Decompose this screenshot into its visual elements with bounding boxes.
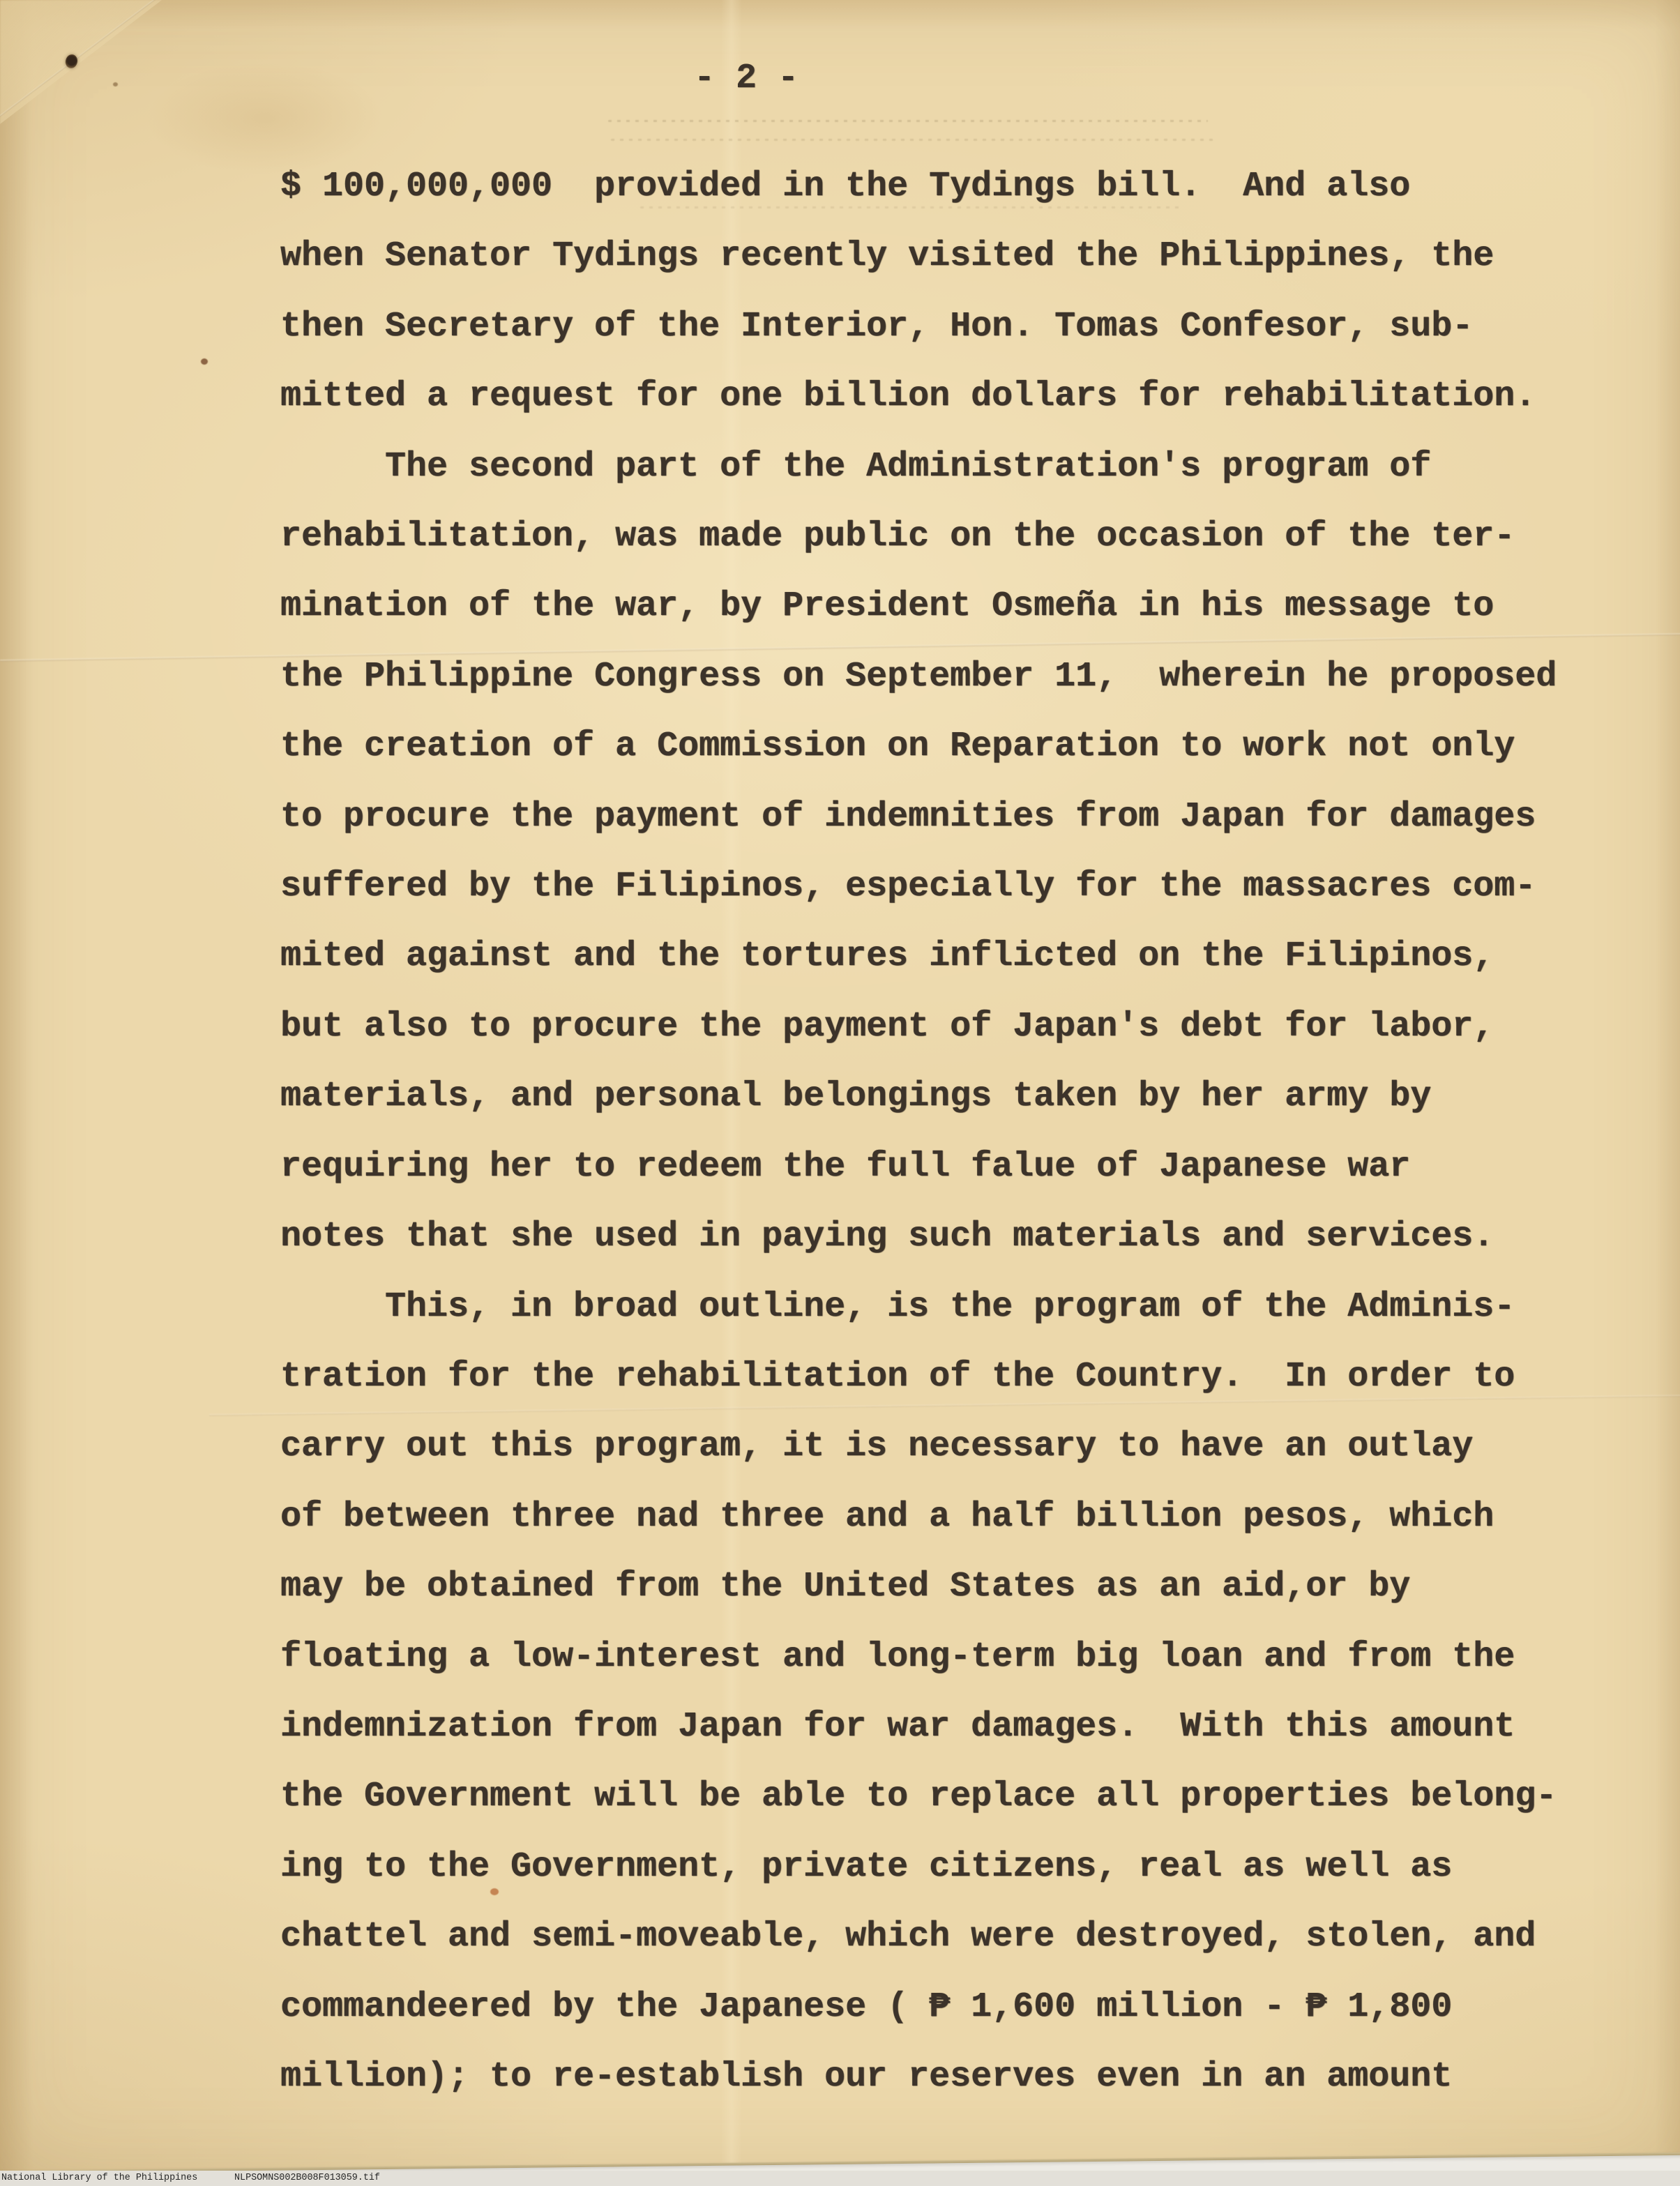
paper-sheet: - 2 - $ 100,000,000 provided in the Tydi… bbox=[0, 0, 1680, 2174]
text-line: mitted a request for one billion dollars… bbox=[280, 362, 1557, 432]
text-line: floating a low-interest and long-term bi… bbox=[280, 1623, 1557, 1692]
typewritten-text: $ 100,000,000 provided in the Tydings bi… bbox=[280, 152, 1557, 2112]
text-line: the Philippine Congress on September 11,… bbox=[280, 642, 1557, 712]
ink-speck bbox=[113, 82, 118, 86]
text-line: commandeered by the Japanese ( ₱ 1,600 m… bbox=[280, 1973, 1557, 2042]
text-line: million); to re-establish our reserves e… bbox=[280, 2042, 1557, 2112]
text-line: when Senator Tydings recently visited th… bbox=[280, 222, 1557, 291]
text-line: the creation of a Commission on Reparati… bbox=[280, 712, 1557, 782]
footer-institution-label: National Library of the Philippines bbox=[1, 2173, 197, 2184]
text-line: materials, and personal belongings taken… bbox=[280, 1062, 1557, 1132]
text-line: but also to procure the payment of Japan… bbox=[280, 992, 1557, 1062]
ink-smudge bbox=[608, 120, 1208, 122]
text-line: rehabilitation, was made public on the o… bbox=[280, 502, 1557, 572]
text-line: suffered by the Filipinos, especially fo… bbox=[280, 852, 1557, 922]
text-line: requiring her to redeem the full falue o… bbox=[280, 1132, 1557, 1202]
scanned-document-page: - 2 - $ 100,000,000 provided in the Tydi… bbox=[0, 0, 1680, 2186]
text-line: The second part of the Administration's … bbox=[280, 432, 1557, 502]
text-line: This, in broad outline, is the program o… bbox=[280, 1273, 1557, 1342]
text-line: tration for the rehabilitation of the Co… bbox=[280, 1342, 1557, 1412]
text-line: mination of the war, by President Osmeña… bbox=[280, 572, 1557, 642]
text-line: to procure the payment of indemnities fr… bbox=[280, 782, 1557, 852]
ink-smudge bbox=[611, 139, 1218, 141]
scan-footer-bar: National Library of the Philippines NLPS… bbox=[0, 2171, 1680, 2186]
text-line: then Secretary of the Interior, Hon. Tom… bbox=[280, 292, 1557, 362]
text-line: may be obtained from the United States a… bbox=[280, 1552, 1557, 1622]
text-line: notes that she used in paying such mater… bbox=[280, 1202, 1557, 1272]
text-line: indemnization from Japan for war damages… bbox=[280, 1692, 1557, 1762]
text-line: of between three nad three and a half bi… bbox=[280, 1482, 1557, 1552]
text-line: chattel and semi-moveable, which were de… bbox=[280, 1902, 1557, 1972]
page-number: - 2 - bbox=[694, 61, 799, 96]
ink-speck bbox=[201, 358, 208, 365]
footer-filename-label: NLPSOMNS002B008F013059.tif bbox=[234, 2173, 380, 2184]
text-line: mited against and the tortures inflicted… bbox=[280, 922, 1557, 992]
text-line: ing to the Government, private citizens,… bbox=[280, 1832, 1557, 1902]
text-line: $ 100,000,000 provided in the Tydings bi… bbox=[280, 152, 1557, 222]
text-line: carry out this program, it is necessary … bbox=[280, 1412, 1557, 1482]
text-line: the Government will be able to replace a… bbox=[280, 1762, 1557, 1832]
